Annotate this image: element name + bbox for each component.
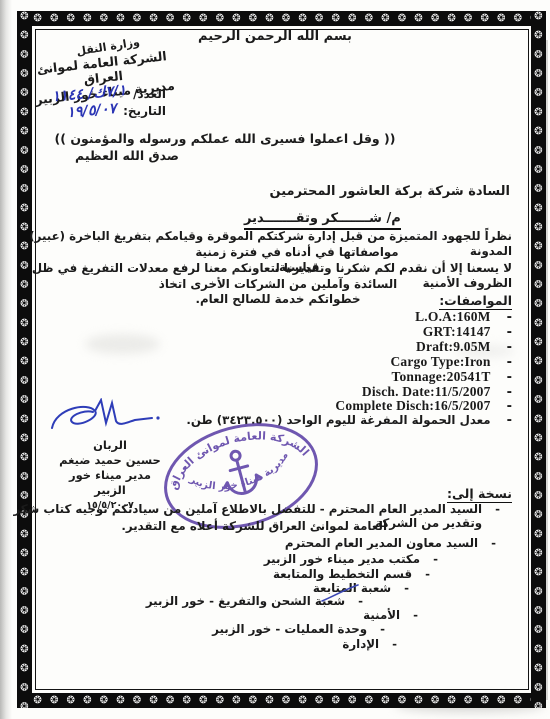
bullet-dash: - — [413, 608, 418, 622]
distribution-item-administration: - الإدارة — [342, 637, 397, 651]
handwritten-signature — [42, 398, 172, 442]
spec-value: Complete Disch:16/5/2007 — [335, 398, 490, 414]
distribution-item-text: وحدة العمليات - خور الزبير — [212, 622, 367, 636]
spec-row-loa: - L.O.A:160M — [415, 309, 512, 325]
distribution-item-text: السيد معاون المدير العام المحترم — [285, 536, 478, 550]
spec-row-tonnage: - Tonnage:20541T — [392, 369, 512, 385]
distribution-item-text: شعبة الشحن والتفريغ - خور الزبير — [146, 594, 345, 608]
spec-row-cargo: - Cargo Type:Iron — [390, 354, 512, 370]
ref-date-row: التاريخ: ١٩/٥/٠٧ — [52, 103, 166, 120]
scanned-letter-page: ❂ ❂ ❂ ❂ ❂ ❂ ❂ ❂ ❂ ❂ ❂ ❂ ❂ ❂ ❂ ❂ ❂ ❂ ❂ ❂ … — [0, 0, 550, 719]
scan-edge-shadow-left — [0, 0, 12, 719]
distribution-item-text: مكتب مدير ميناء خور الزبير — [264, 552, 420, 566]
spec-row-complete-disch: - Complete Disch:16/5/2007 — [335, 398, 512, 414]
bullet-dash: - — [425, 567, 430, 581]
rosette-border-right: ❂ ❂ ❂ ❂ ❂ ❂ ❂ ❂ ❂ ❂ ❂ ❂ ❂ ❂ ❂ ❂ ❂ ❂ ❂ ❂ … — [531, 11, 546, 708]
scan-edge-shadow-right — [546, 40, 548, 700]
bullet-dash: - — [404, 581, 409, 595]
bullet-dash: - — [495, 502, 500, 530]
addressee-line: السادة شركة بركة العاشور المحترمين — [270, 184, 510, 199]
distribution-item-text: الأمنية — [363, 608, 400, 622]
ref-number-label: العدد/ — [133, 86, 166, 103]
pen-tick-mark — [320, 583, 360, 603]
reference-block: العدد/ ٧/١ك/ ١١٤٤ التاريخ: ١٩/٥/٠٧ — [52, 86, 166, 120]
bullet-dash: - — [507, 325, 512, 340]
spec-value: Tonnage:20541T — [392, 369, 491, 385]
distribution-item-text: قسم التخطيط والمتابعة — [273, 567, 412, 581]
bullet-dash: - — [507, 310, 512, 325]
verse-closing: صدق الله العظيم — [68, 148, 186, 163]
ref-date-handwritten: ١٩/٥/٠٧ — [66, 101, 117, 122]
distribution-item-security: - الأمنية — [363, 608, 418, 622]
bullet-dash: - — [507, 413, 512, 428]
distribution-item-deputy-gm: - السيد معاون المدير العام المحترم — [285, 536, 496, 550]
distribution-heading: نسخة إلى: — [447, 486, 512, 503]
bullet-dash: - — [507, 370, 512, 385]
bullet-dash: - — [392, 637, 397, 651]
bullet-dash: - — [433, 552, 438, 566]
bullet-dash: - — [507, 340, 512, 355]
quran-verse: (( وقل اعملوا فسيرى الله عملكم ورسوله وا… — [10, 131, 440, 146]
subject-line: م/ شـــــــكر وتقـــــــدير — [244, 211, 401, 230]
distribution-item-text: الإدارة — [342, 637, 379, 651]
distribution-item-operations-unit: - وحدة العمليات - خور الزبير — [212, 622, 385, 636]
distribution-item-text: العامة لموانئ العراق للشركة أعلاه مع الت… — [121, 519, 387, 533]
specs-heading: المواصفات: — [439, 293, 512, 310]
spec-value: Draft:9.05M — [416, 339, 491, 355]
body-line-4: السائدة وآملين من الشركات الأخرى اتخاذ خ… — [153, 277, 403, 307]
ref-date-label: التاريخ: — [123, 103, 166, 120]
bullet-dash: - — [507, 399, 512, 414]
spec-row-grt: - GRT:14147 — [423, 324, 512, 340]
distribution-item-general-manager-cont: العامة لموانئ العراق للشركة أعلاه مع الت… — [121, 519, 387, 533]
bullet-dash: - — [491, 536, 496, 550]
bullet-dash: - — [380, 622, 385, 636]
distribution-item-port-manager-office: - مكتب مدير ميناء خور الزبير — [264, 552, 438, 566]
rosette-border-top: ❂ ❂ ❂ ❂ ❂ ❂ ❂ ❂ ❂ ❂ ❂ ❂ ❂ ❂ ❂ ❂ ❂ ❂ ❂ ❂ … — [17, 11, 546, 26]
signatory-position: مدير ميناء خور الزبير — [52, 468, 168, 498]
rosette-border-bottom: ❂ ❂ ❂ ❂ ❂ ❂ ❂ ❂ ❂ ❂ ❂ ❂ ❂ ❂ ❂ ❂ ❂ ❂ ❂ ❂ … — [17, 693, 546, 708]
spec-row-draft: - Draft:9.05M — [416, 339, 512, 355]
spec-value: Cargo Type:Iron — [390, 354, 490, 370]
distribution-item-planning-dept: - قسم التخطيط والمتابعة — [273, 567, 430, 581]
spec-value: L.O.A:160M — [415, 309, 491, 325]
spec-value: GRT:14147 — [423, 324, 491, 340]
bullet-dash: - — [507, 355, 512, 370]
rosette-border-left: ❂ ❂ ❂ ❂ ❂ ❂ ❂ ❂ ❂ ❂ ❂ ❂ ❂ ❂ ❂ ❂ ❂ ❂ ❂ ❂ … — [17, 11, 32, 708]
